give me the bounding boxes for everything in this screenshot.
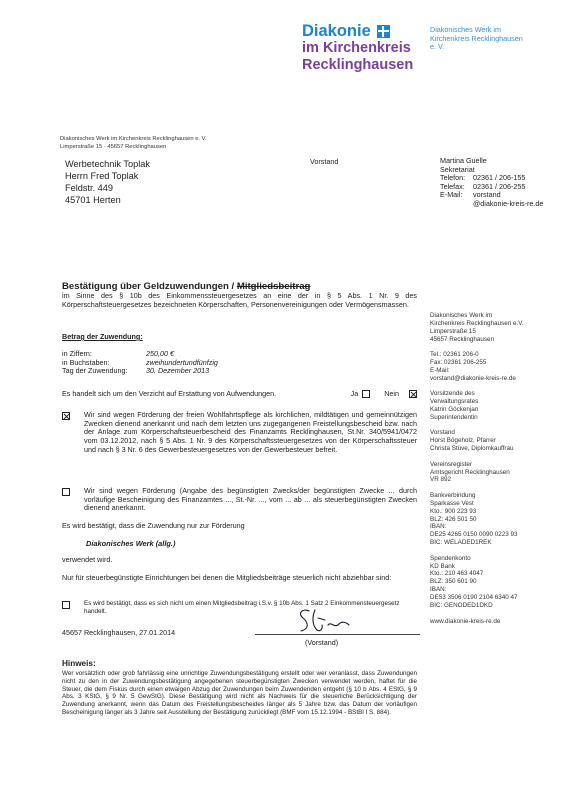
website-link[interactable]: www.diakonie-kreis-re.de: [430, 618, 564, 626]
sidebar-board-chair: Vorsitzende des Verwaltungsrates Katrin …: [430, 390, 564, 422]
logo-subtitle: Diakonisches Werk im Kirchenkreis Reckli…: [430, 26, 560, 52]
option-3-checkbox[interactable]: [62, 601, 70, 609]
sidebar-website: www.diakonie-kreis-re.de: [430, 618, 564, 626]
amount-row: Tag der Zuwendung:30. Dezember 2013: [62, 367, 417, 376]
waiver-no-checkbox[interactable]: [409, 390, 417, 398]
amount-table: in Ziffern:250,00 € in Buchstaben:zweihu…: [62, 350, 417, 376]
waiver-yes-label: Ja: [351, 390, 359, 399]
waiver-no-label: Nein: [384, 390, 399, 399]
signature: [295, 605, 355, 635]
intro-text: im Sinne des § 10b des Einkommenssteuerg…: [62, 292, 417, 309]
option-2-text: Wir sind wegen Förderung (Angabe des beg…: [84, 487, 417, 513]
confirm-text: Es wird bestätigt, dass die Zuwendung nu…: [62, 522, 417, 531]
logo-line-1: Diakonie: [302, 22, 371, 40]
sidebar-donation-account: Spendenkonto KD Bank Kto.: 210 463 4047 …: [430, 555, 564, 610]
option-membership: Es wird bestätigt, dass es sich nicht um…: [62, 600, 417, 616]
waiver-yes-checkbox[interactable]: [362, 390, 370, 398]
logo-line-3: Recklinghausen: [302, 57, 414, 74]
sidebar-register: Vereinsregister Amtsgericht Recklinghaus…: [430, 461, 564, 485]
contact-block: Martina Guelle Sekretariat Telefon:02361…: [440, 157, 543, 209]
recipient-address: Werbetechnik Toplak Herrn Fred Toplak Fe…: [65, 158, 150, 206]
option-2-checkbox[interactable]: [62, 488, 70, 496]
notice-text: Wer vorsätzlich oder grob fahrlässig ein…: [62, 670, 417, 717]
sidebar-bank-account: Bankverbindung Sparkasse Vest Kto.: 900 …: [430, 492, 564, 547]
signature-line: [255, 634, 420, 635]
option-3-text: Es wird bestätigt, dass es sich nicht um…: [84, 600, 417, 616]
notice-heading: Hinweis:: [62, 660, 417, 669]
option-tax-exempt: Wir sind wegen Förderung der freien Wohl…: [62, 411, 417, 455]
diakonie-cross-icon: [377, 25, 390, 38]
sidebar-address: Diakonisches Werk im Kirchenkreis Reckli…: [430, 312, 564, 344]
sender-return-address: Diakonisches Werk im Kirchenkreis Reckli…: [60, 135, 207, 151]
option-1-checkbox[interactable]: [62, 412, 70, 420]
waiver-row: Es handelt sich um den Verzicht auf Erst…: [62, 390, 417, 399]
signature-label: (Vorstand): [305, 638, 338, 647]
department-label: Vorstand: [310, 157, 338, 166]
waiver-text: Es handelt sich um den Verzicht auf Erst…: [62, 390, 343, 399]
option-1-text: Wir sind wegen Förderung der freien Wohl…: [84, 411, 417, 455]
option-provisional: Wir sind wegen Förderung (Angabe des beg…: [62, 487, 417, 513]
logo-line-2: im Kirchenkreis: [302, 40, 414, 57]
purpose-text: Diakonisches Werk (allg.): [86, 540, 441, 549]
used-text: verwendet wird.: [62, 556, 417, 565]
sidebar-contact: Tel.: 02361 206-0 Fax: 02361 206-255 E-M…: [430, 351, 564, 383]
sidebar-executive-board: Vorstand Horst Bögeholz, Pfarrer Christa…: [430, 429, 564, 453]
sidebar-info: Diakonisches Werk im Kirchenkreis Reckli…: [430, 312, 564, 633]
amount-heading: Betrag der Zuwendung:: [62, 333, 417, 342]
amount-row: in Ziffern:250,00 €: [62, 350, 417, 359]
diakonie-logo: Diakonie im Kirchenkreis Recklinghausen: [302, 22, 414, 74]
member-note: Nur für steuerbegünstigte Einrichtungen …: [62, 574, 417, 583]
